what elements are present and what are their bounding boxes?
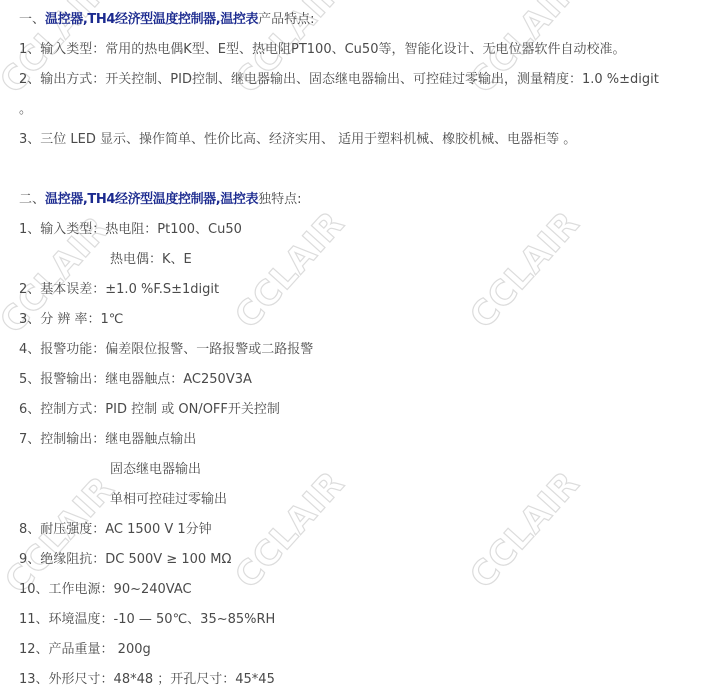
- feature-item-continuation: 。: [19, 100, 32, 120]
- feature-item: 3、三位 LED 显示、操作简单、性价比高、经济实用、 适用于塑料机械、橡胶机械…: [19, 130, 576, 150]
- spec-item: 5、报警输出：继电器触点：AC250V3A: [19, 370, 252, 390]
- feature-item: 2、输出方式：开关控制、PID控制、继电器输出、固态继电器输出、可控硅过零输出，…: [19, 70, 659, 90]
- keyword-link[interactable]: TH4经济型温度控制器: [87, 12, 215, 27]
- watermark-text: CCLAIR: [222, 457, 359, 603]
- keyword-link[interactable]: 温控表: [220, 192, 258, 207]
- section-1-heading: 一、温控器,TH4经济型温度控制器,温控表产品特点:: [19, 10, 315, 30]
- keyword-link[interactable]: 温控表: [220, 12, 258, 27]
- spec-item: 6、控制方式：PID 控制 或 ON/OFF开关控制: [19, 400, 280, 420]
- spec-item: 8、耐压强度：AC 1500 V 1分钟: [19, 520, 212, 540]
- feature-item: 1、输入类型：常用的热电偶K型、E型、热电阻PT100、Cu50等，智能化设计、…: [19, 40, 625, 60]
- keyword-link[interactable]: 温控器: [45, 12, 83, 27]
- spec-item: 10、工作电源：90~240VAC: [19, 580, 192, 600]
- watermark-text: CCLAIR: [457, 197, 594, 343]
- spec-item: 9、绝缘阻抗：DC 500V ≥ 100 MΩ: [19, 550, 231, 570]
- keyword-link[interactable]: TH4经济型温度控制器: [87, 192, 215, 207]
- section-2-prefix: 二、: [19, 192, 45, 207]
- spec-item: 3、分 辨 率：1℃: [19, 310, 123, 330]
- spec-item-continuation: 固态继电器输出: [110, 460, 201, 480]
- spec-item-continuation: 热电偶：K、E: [110, 250, 192, 270]
- watermark-text: CCLAIR: [457, 457, 594, 603]
- section-1-suffix: 产品特点:: [258, 12, 314, 27]
- spec-item-continuation: 单相可控硅过零输出: [110, 490, 227, 510]
- spec-item: 1、输入类型：热电阻：Pt100、Cu50: [19, 220, 242, 240]
- section-2-suffix: 独特点:: [258, 192, 301, 207]
- spec-item: 4、报警功能：偏差限位报警、一路报警或二路报警: [19, 340, 313, 360]
- spec-item: 11、环境温度：-10 — 50℃、35~85%RH: [19, 610, 275, 630]
- spec-item: 7、控制输出：继电器触点输出: [19, 430, 196, 450]
- spec-item: 2、基本误差：±1.0 %F.S±1digit: [19, 280, 219, 300]
- spec-item: 12、产品重量： 200g: [19, 640, 151, 660]
- keyword-link[interactable]: 温控器: [45, 192, 83, 207]
- spec-item: 13、外形尺寸：48*48 ；开孔尺寸：45*45: [19, 670, 275, 690]
- section-2-heading: 二、温控器,TH4经济型温度控制器,温控表独特点:: [19, 190, 302, 210]
- section-1-prefix: 一、: [19, 12, 45, 27]
- watermark-text: CCLAIR: [222, 197, 359, 343]
